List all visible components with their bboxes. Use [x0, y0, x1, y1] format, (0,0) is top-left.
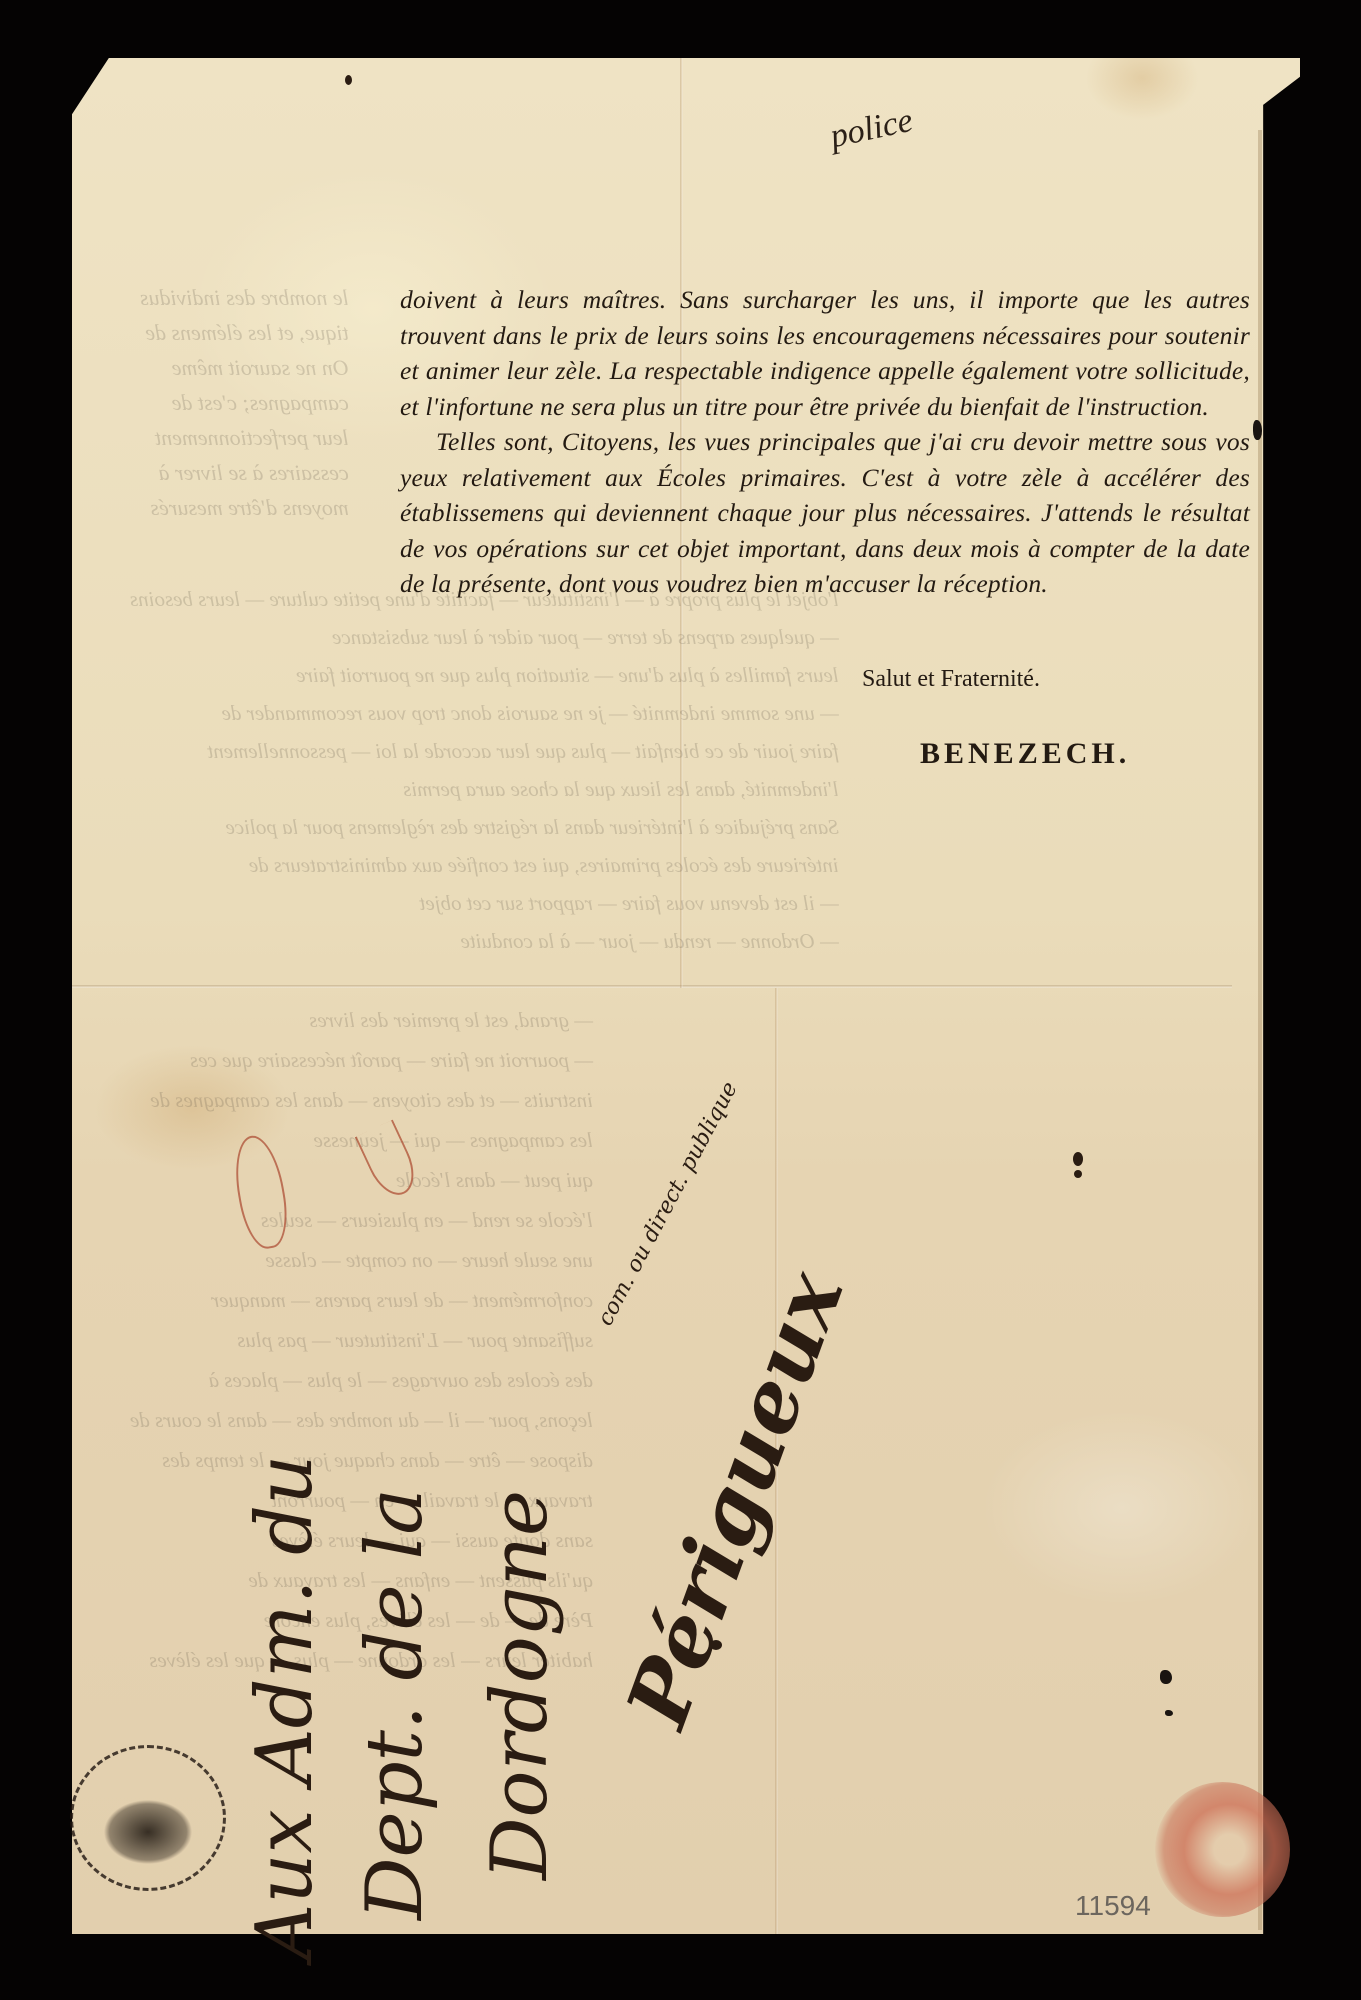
archive-number: 11594	[1075, 1890, 1151, 1922]
paper-hole	[1165, 1710, 1173, 1716]
address-line-1: Aux Adm. du	[240, 1455, 330, 1960]
bleed-through-text: l'objet le plus propre à — l'instituteur…	[130, 580, 839, 960]
ink-blot	[1074, 1170, 1082, 1178]
black-postal-stamp	[70, 1745, 226, 1891]
ink-blot	[710, 1640, 722, 1650]
bleed-through-text: le nombre des individustique, et les élé…	[140, 280, 349, 525]
printed-signature: BENEZECH.	[920, 737, 1130, 771]
closing-salutation: Salut et Fraternité.	[862, 666, 1040, 693]
paragraph-2: Telles sont, Citoyens, les vues principa…	[400, 424, 1250, 602]
address-line-2: Dept. de la	[350, 1488, 440, 1920]
paper-hole	[1253, 420, 1262, 440]
paragraph-1: doivent à leurs maîtres. Sans surcharger…	[400, 282, 1250, 424]
ink-blot	[345, 75, 352, 85]
right-edge-fold	[1258, 130, 1262, 1930]
address-line-3: Dordogne	[475, 1490, 565, 1880]
paper-hole	[1160, 1670, 1172, 1684]
red-wax-seal-residue	[1155, 1782, 1290, 1917]
horizontal-fold	[72, 985, 1232, 988]
ink-blot	[1073, 1152, 1083, 1166]
printed-letter-body: doivent à leurs maîtres. Sans surcharger…	[400, 282, 1250, 602]
